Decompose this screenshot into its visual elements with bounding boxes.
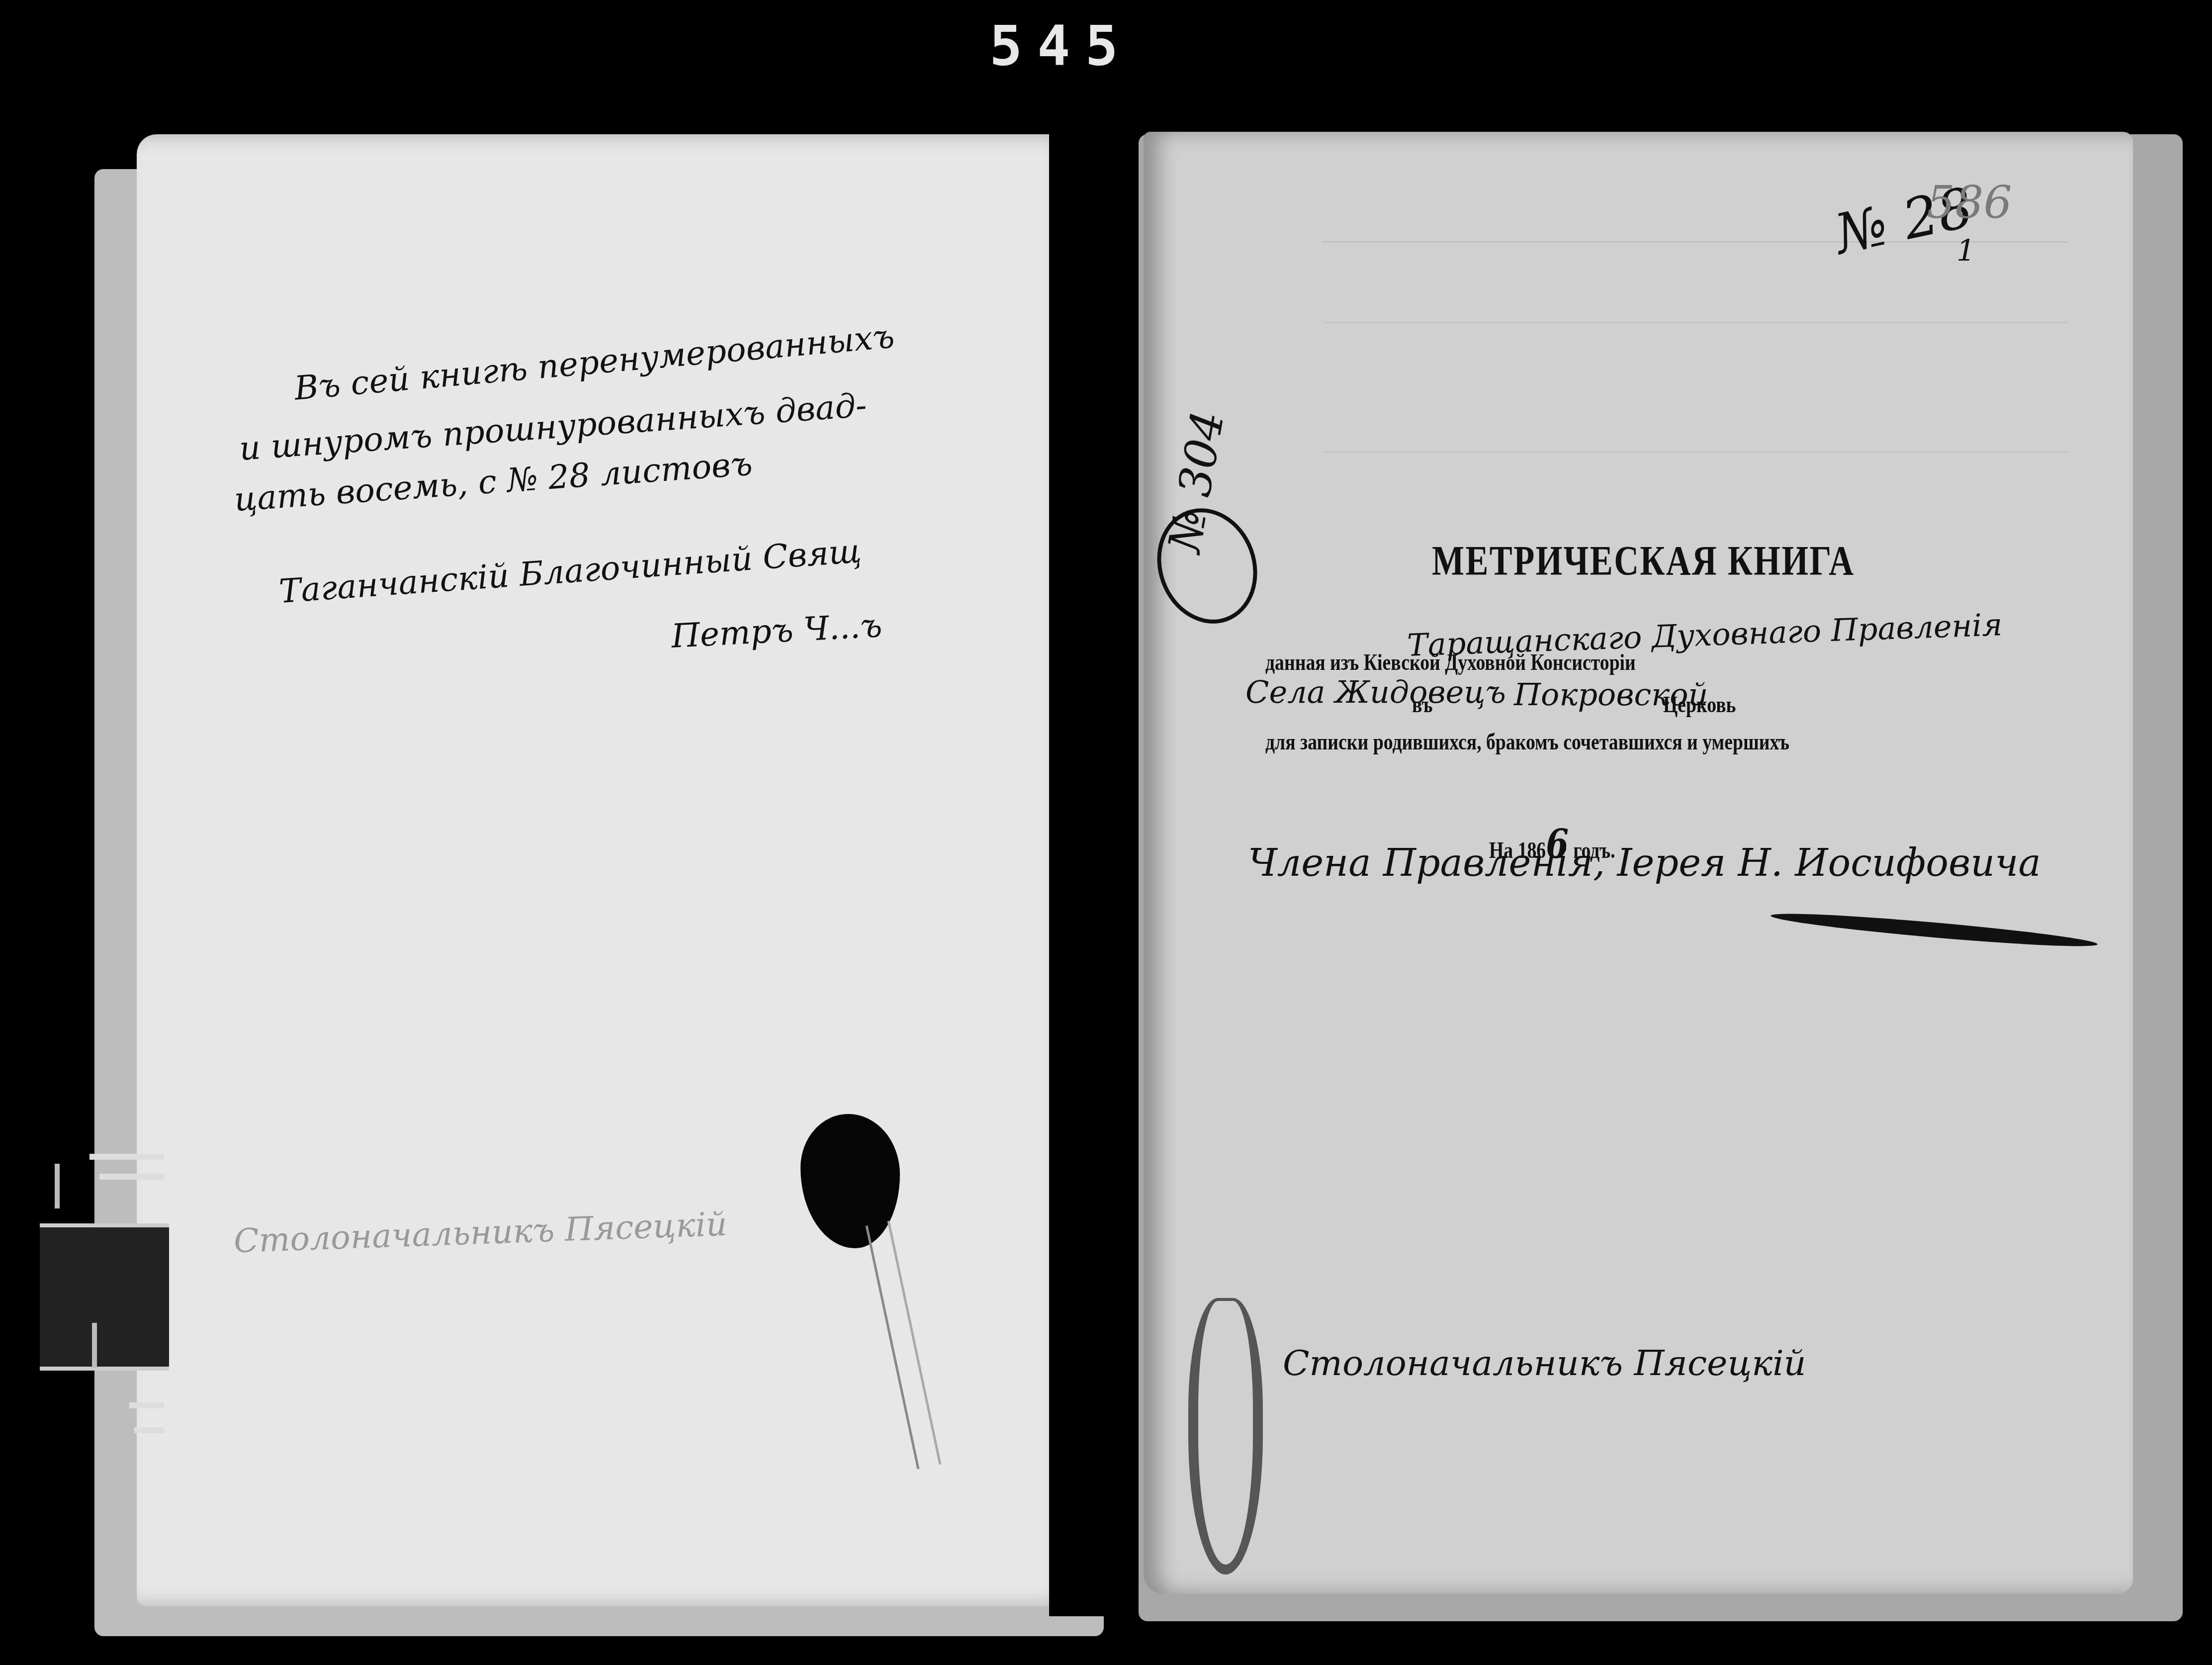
clasp-post	[92, 1323, 97, 1368]
in-word: въ	[1412, 691, 1432, 718]
bleed-line	[1323, 322, 2068, 323]
village-name: Села Жидовецъ	[1245, 674, 1506, 710]
right-bottom-signature: Столоначальникъ Пясецкій	[1283, 1343, 1806, 1384]
clasp-bar	[129, 1402, 164, 1408]
pencil-mark: 1	[1956, 234, 1975, 269]
clasp-post	[55, 1164, 60, 1208]
priest-signature: Члена Правленія, Iерея Н. Иосифовича	[1248, 840, 2041, 885]
given-from-line: данная изъ Кіевской Духовной Консисторіи	[1265, 649, 1636, 675]
clasp-plate	[40, 1223, 169, 1371]
clasp-bar	[99, 1174, 164, 1180]
page-title: МЕТРИЧЕСКАЯ КНИГА	[1432, 537, 1855, 585]
binding-cord	[1188, 1298, 1263, 1574]
bleed-through-table	[1323, 241, 2068, 541]
clasp-bar	[89, 1154, 164, 1160]
book-gutter	[1049, 124, 1134, 1616]
church-word: Церковь	[1663, 691, 1736, 718]
bleed-line	[1323, 452, 2068, 453]
binding-clasp	[20, 1124, 164, 1482]
pencil-folio-number: 586	[1927, 177, 2012, 229]
purpose-line: для записки родившихся, бракомъ сочетавш…	[1265, 729, 1789, 755]
clasp-bar	[134, 1427, 164, 1433]
frame-number: 545	[989, 14, 1133, 78]
